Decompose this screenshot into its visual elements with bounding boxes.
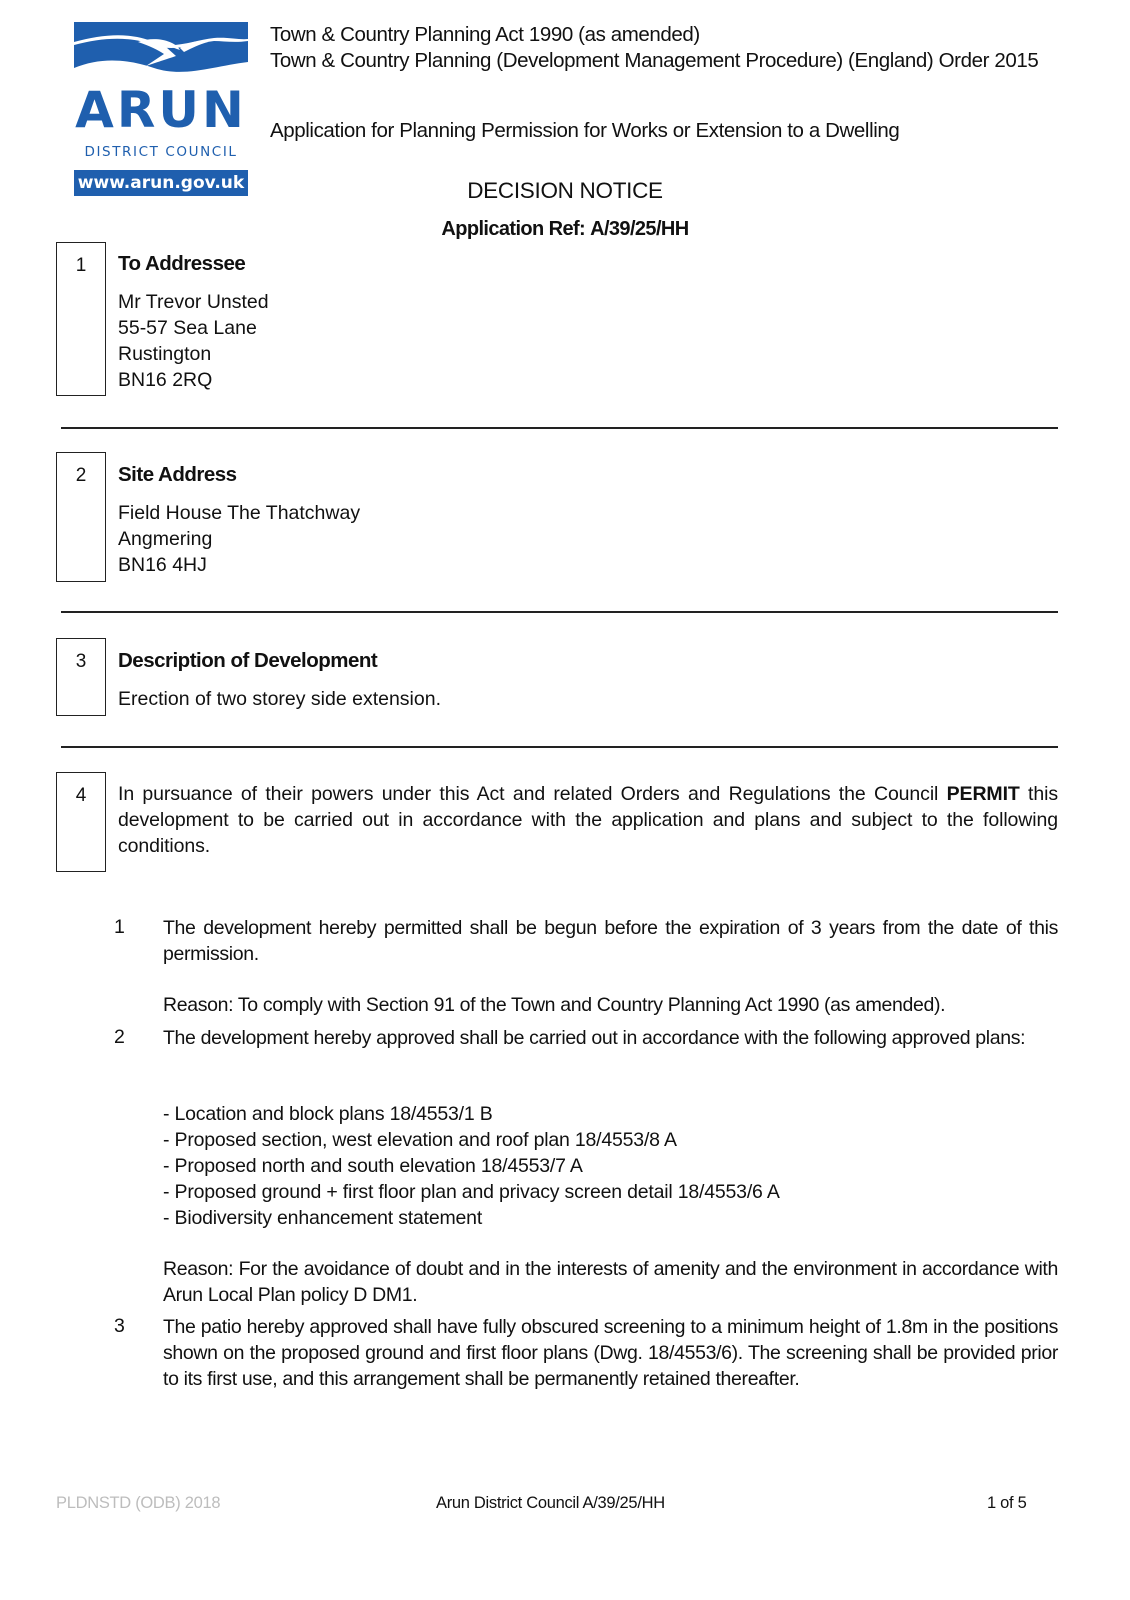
- condition-reason: Reason: For the avoidance of doubt and i…: [163, 1256, 1058, 1308]
- divider: [61, 611, 1058, 613]
- condition-text: The development hereby permitted shall b…: [163, 915, 1058, 967]
- section-heading-site-address: Site Address: [118, 463, 237, 487]
- section-heading-addressee: To Addressee: [118, 252, 245, 276]
- decision-statement: In pursuance of their powers under this …: [118, 781, 1058, 859]
- condition-number: 2: [114, 1026, 125, 1049]
- act-title: Town & Country Planning Act 1990 (as ame…: [270, 22, 700, 48]
- condition-number: 3: [114, 1315, 125, 1338]
- address-line: BN16 4HJ: [118, 552, 360, 578]
- address-line: BN16 2RQ: [118, 367, 269, 393]
- section-number-box: 4: [56, 772, 106, 872]
- plan-item: - Proposed section, west elevation and r…: [163, 1127, 780, 1153]
- application-ref: Application Ref:A/39/25/HH: [0, 218, 1130, 241]
- divider: [61, 746, 1058, 748]
- section-number-box: 1: [56, 242, 106, 396]
- description-text: Erection of two storey side extension.: [118, 686, 441, 712]
- app-ref-value: A/39/25/HH: [590, 218, 689, 240]
- divider: [61, 427, 1058, 429]
- condition-text: The development hereby approved shall be…: [163, 1025, 1058, 1051]
- page-number: 1 of 5: [987, 1494, 1026, 1513]
- condition-text: The patio hereby approved shall have ful…: [163, 1314, 1058, 1392]
- decision-text: In pursuance of their powers under this …: [118, 783, 947, 805]
- app-ref-label: Application Ref:: [441, 218, 585, 240]
- order-title: Town & Country Planning (Development Man…: [270, 48, 1060, 74]
- logo-subtitle: DISTRICT COUNCIL: [74, 144, 248, 160]
- section-number-box: 3: [56, 638, 106, 716]
- address-line: 55-57 Sea Lane: [118, 315, 269, 341]
- approved-plans-list: - Location and block plans 18/4553/1 B -…: [163, 1101, 780, 1231]
- seagull-waves-icon: [74, 22, 248, 84]
- condition-reason: Reason: To comply with Section 91 of the…: [163, 992, 1058, 1018]
- address-line: Field House The Thatchway: [118, 500, 360, 526]
- plan-item: - Proposed ground + first floor plan and…: [163, 1179, 780, 1205]
- addressee-block: Mr Trevor Unsted 55-57 Sea Lane Rustingt…: [118, 289, 269, 393]
- condition-number: 1: [114, 916, 125, 939]
- council-logo: ARUN DISTRICT COUNCIL www.arun.gov.uk: [74, 22, 248, 196]
- logo-wordmark: ARUN: [74, 80, 248, 140]
- decision-outcome: PERMIT: [947, 783, 1020, 805]
- plan-item: - Proposed north and south elevation 18/…: [163, 1153, 780, 1179]
- address-line: Rustington: [118, 341, 269, 367]
- section-heading-description: Description of Development: [118, 649, 377, 673]
- plan-item: - Location and block plans 18/4553/1 B: [163, 1101, 780, 1127]
- plan-item: - Biodiversity enhancement statement: [163, 1205, 780, 1231]
- notice-title: DECISION NOTICE: [0, 178, 1130, 204]
- address-line: Mr Trevor Unsted: [118, 289, 269, 315]
- address-line: Angmering: [118, 526, 360, 552]
- footer-form-code: PLDNSTD (ODB) 2018: [56, 1494, 220, 1513]
- application-type: Application for Planning Permission for …: [270, 118, 899, 144]
- footer-reference: Arun District Council A/39/25/HH: [436, 1494, 665, 1513]
- site-address-block: Field House The Thatchway Angmering BN16…: [118, 500, 360, 578]
- section-number-box: 2: [56, 452, 106, 582]
